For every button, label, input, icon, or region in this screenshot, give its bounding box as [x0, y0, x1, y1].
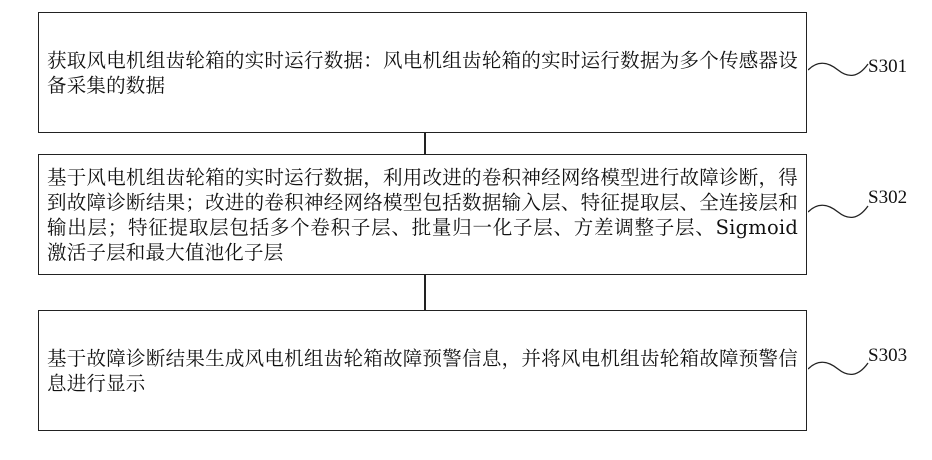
leader-line-s301 [808, 56, 870, 86]
connector-s302-s303 [424, 275, 426, 310]
step-text-s302: 基于风电机组齿轮箱的实时运行数据，利用改进的卷积神经网络模型进行故障诊断，得到故… [47, 165, 798, 265]
leader-line-s302 [808, 198, 870, 228]
step-box-s302: 基于风电机组齿轮箱的实时运行数据，利用改进的卷积神经网络模型进行故障诊断，得到故… [38, 154, 807, 275]
step-label-s301: S301 [868, 56, 907, 78]
step-box-s303: 基于故障诊断结果生成风电机组齿轮箱故障预警信息，并将风电机组齿轮箱故障预警信息进… [38, 310, 807, 431]
step-label-s302: S302 [868, 187, 907, 209]
step-text-s301: 获取风电机组齿轮箱的实时运行数据：风电机组齿轮箱的实时运行数据为多个传感器设备采… [47, 48, 798, 98]
step-label-s303: S303 [868, 345, 907, 367]
step-text-s303: 基于故障诊断结果生成风电机组齿轮箱故障预警信息，并将风电机组齿轮箱故障预警信息进… [47, 346, 798, 396]
leader-line-s303 [808, 355, 870, 385]
connector-s301-s302 [424, 133, 426, 154]
step-box-s301: 获取风电机组齿轮箱的实时运行数据：风电机组齿轮箱的实时运行数据为多个传感器设备采… [38, 12, 807, 133]
